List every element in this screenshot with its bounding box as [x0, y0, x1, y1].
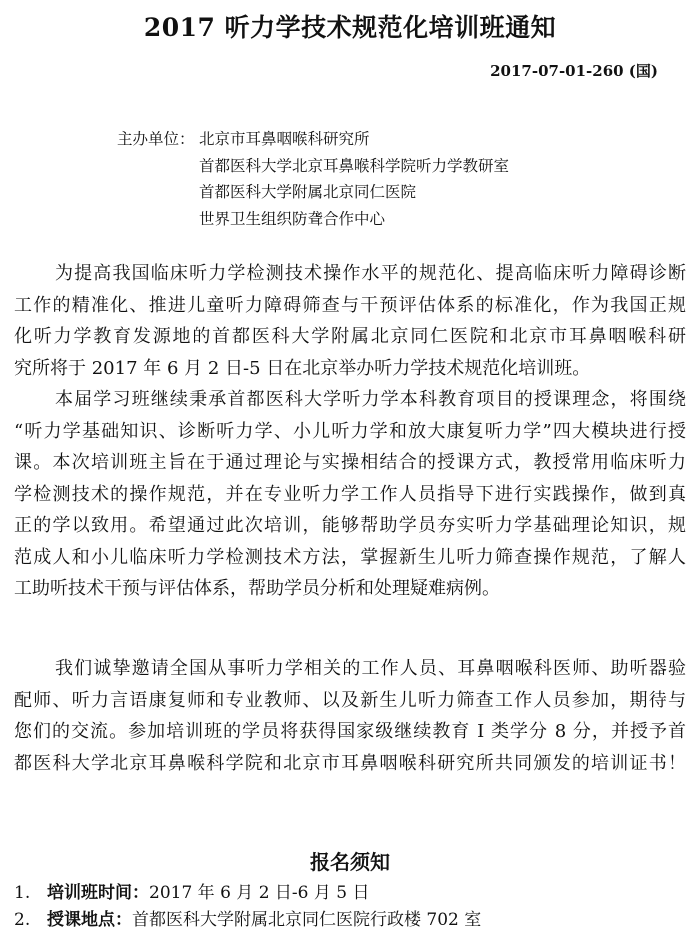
text-line: 本届学习班继续秉承首都医科大学听力学本科教育项目的授课理念，将围绕	[14, 384, 686, 416]
item-value: 2017 年 6 月 2 日-6 月 5 日	[149, 883, 370, 903]
registration-title: 报名须知	[0, 846, 700, 875]
text-line: 化听力学教育发源地的首都医科大学附属北京同仁医院和北京市耳鼻咽喉科研	[14, 321, 686, 353]
text-line: 工助听技术干预与评估体系，帮助学员分析和处理疑难病例。	[14, 573, 686, 605]
organizer-row: 首都医科大学北京耳鼻喉科学院听力学教研室	[117, 153, 509, 180]
registration-list: 1.培训班时间：2017 年 6 月 2 日-6 月 5 日 2.授课地点：首都…	[14, 880, 481, 934]
item-number: 2.	[14, 907, 47, 934]
text-line: 学检测技术的操作规范，并在专业听力学工作人员指导下进行实践操作，做到真	[14, 479, 686, 511]
organizer-item: 首都医科大学附属北京同仁医院	[199, 183, 416, 201]
document-title: 2017 听力学技术规范化培训班通知	[0, 8, 700, 44]
text-line: “听力学基础知识、诊断听力学、小儿听力学和放大康复听力学”四大模块进行授	[14, 416, 686, 448]
registration-item: 2.授课地点：首都医科大学附属北京同仁医院行政楼 702 室	[14, 907, 481, 934]
text-line: 为提高我国临床听力学检测技术操作水平的规范化、提高临床听力障碍诊断	[14, 258, 686, 290]
organizer-item: 北京市耳鼻咽喉科研究所	[199, 130, 370, 148]
text-line: 范成人和小儿临床听力学检测技术方法，掌握新生儿听力筛查操作规范，了解人	[14, 542, 686, 574]
text-line: 课。本次培训班主旨在于通过理论与实操相结合的授课方式，教授常用临床听力	[14, 447, 686, 479]
text-line: 究所将于 2017 年 6 月 2 日-5 日在北京举办听力学技术规范化培训班。	[14, 353, 686, 385]
text-line: 都医科大学北京耳鼻喉科学院和北京市耳鼻咽喉科研究所共同颁发的培训证书！	[14, 748, 686, 780]
organizer-item: 世界卫生组织防聋合作中心	[199, 210, 385, 228]
organizer-row: 世界卫生组织防聋合作中心	[117, 206, 509, 233]
item-label: 授课地点：	[47, 910, 132, 930]
paragraph-curriculum: 本届学习班继续秉承首都医科大学听力学本科教育项目的授课理念，将围绕 “听力学基础…	[14, 384, 686, 605]
organizers-block: 主办单位：北京市耳鼻咽喉科研究所 首都医科大学北京耳鼻喉科学院听力学教研室 首都…	[117, 126, 509, 232]
item-label: 培训班时间：	[47, 883, 149, 903]
organizer-item: 首都医科大学北京耳鼻喉科学院听力学教研室	[199, 157, 509, 175]
text-line: 我们诚挚邀请全国从事听力学相关的工作人员、耳鼻咽喉科医师、助听器验	[14, 653, 686, 685]
paragraph-invitation: 我们诚挚邀请全国从事听力学相关的工作人员、耳鼻咽喉科医师、助听器验 配师、听力言…	[14, 653, 686, 779]
organizer-row: 首都医科大学附属北京同仁医院	[117, 179, 509, 206]
organizers-label: 主办单位：	[117, 126, 199, 153]
text-line: 工作的精准化、推进儿童听力障碍筛查与干预评估体系的标准化，作为我国正规	[14, 290, 686, 322]
organizer-row: 主办单位：北京市耳鼻咽喉科研究所	[117, 126, 509, 153]
text-line: 配师、听力言语康复师和专业教师、以及新生儿听力筛查工作人员参加，期待与	[14, 685, 686, 717]
document-number: 2017-07-01-260 (国)	[490, 60, 658, 81]
text-line: 正的学以致用。希望通过此次培训，能够帮助学员夯实听力学基础理论知识，规	[14, 510, 686, 542]
registration-item: 1.培训班时间：2017 年 6 月 2 日-6 月 5 日	[14, 880, 481, 907]
text-line: 您们的交流。参加培训班的学员将获得国家级继续教育 I 类学分 8 分，并授予首	[14, 716, 686, 748]
paragraph-intro: 为提高我国临床听力学检测技术操作水平的规范化、提高临床听力障碍诊断 工作的精准化…	[14, 258, 686, 384]
item-value: 首都医科大学附属北京同仁医院行政楼 702 室	[132, 910, 481, 930]
item-number: 1.	[14, 880, 47, 907]
